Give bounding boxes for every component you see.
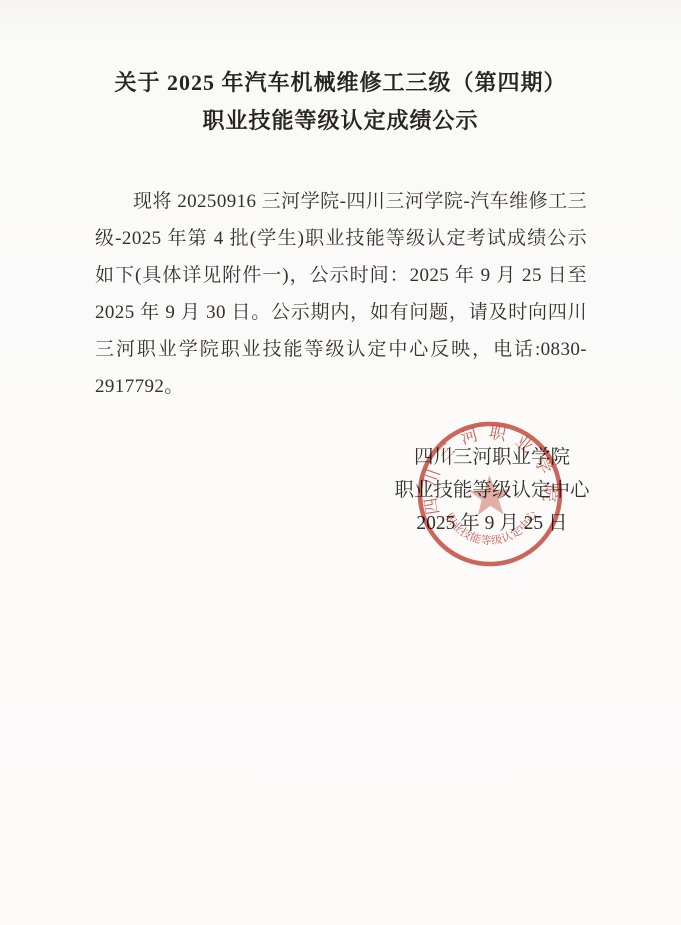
body-paragraph: 现将 20250916 三河学院-四川三河学院-汽车维修工三级-2025 年第 … — [95, 183, 587, 405]
document-title: 关于 2025 年汽车机械维修工三级（第四期） 职业技能等级认定成绩公示 — [0, 64, 681, 140]
stamp-bottom-text: 职业技能等级认定中心 — [442, 507, 541, 549]
title-line-2: 职业技能等级认定成绩公示 — [0, 102, 681, 140]
stamp-star-icon — [468, 474, 511, 515]
document-page: { "title": { "line1": "关于 2025 年汽车机械维修工三… — [0, 0, 681, 925]
stamp-bottom-text-holder: 职业技能等级认定中心 — [442, 507, 541, 549]
official-seal-stamp: 四川三河职业学院 职业技能等级认定中心 — [411, 415, 568, 572]
title-line-1: 关于 2025 年汽车机械维修工三级（第四期） — [0, 64, 681, 102]
